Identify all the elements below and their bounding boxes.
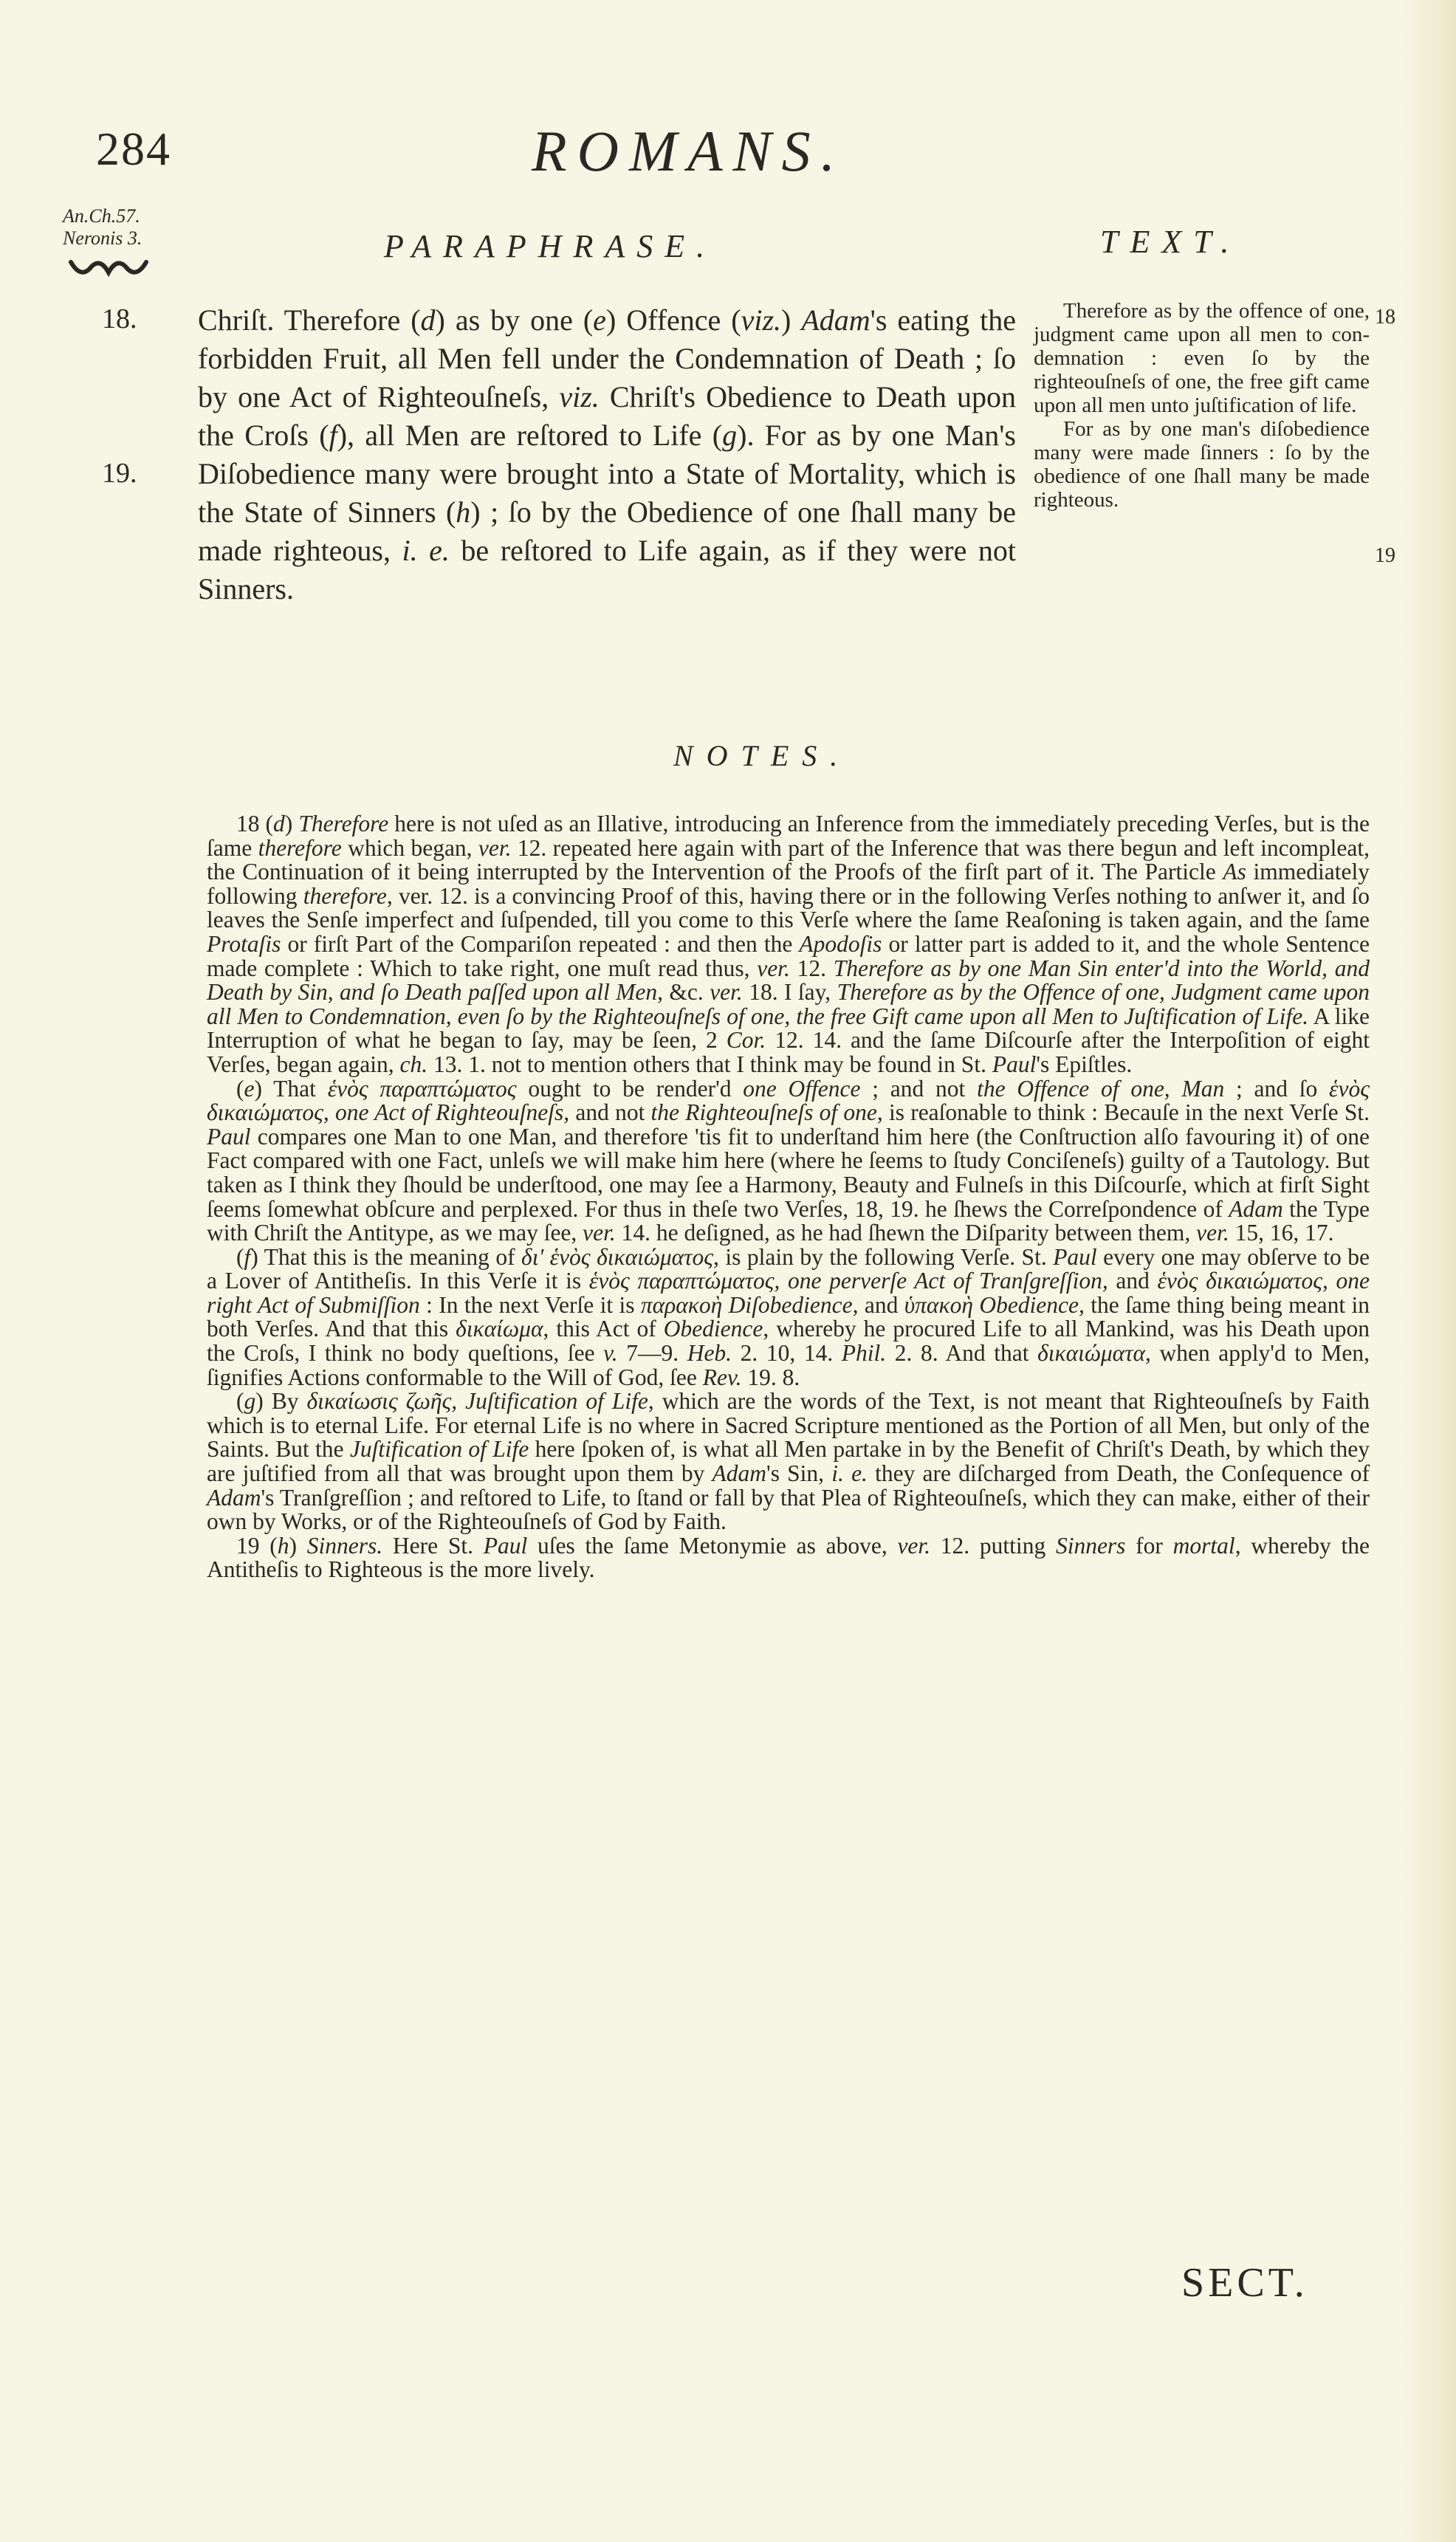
note-text: which began, [342,835,478,861]
note-text: 15, 16, 17. [1229,1220,1334,1246]
note-text: and not [569,1099,650,1125]
note-text: and [858,1292,904,1318]
note-italic: Paul [992,1051,1037,1077]
note-text: 7—9. [618,1340,687,1366]
note-italic: As [1223,859,1246,884]
note-paragraph: (f) That this is the meaning of δι' ἑνὸς… [207,1246,1370,1390]
note-text: ) By [255,1388,306,1414]
notes-body: 18 (d) Therefore here is not uſed as an … [207,812,1370,1582]
paraphrase-heading: PARAPHRASE. [384,227,716,265]
paraphrase-italic: f [329,419,337,452]
note-italic: ch. [400,1051,428,1077]
note-text: ( [236,1388,244,1414]
note-paragraph: 19 (h) Sinners. Here St. Paul uſes the ſ… [207,1534,1370,1582]
note-italic: ver. [710,979,743,1005]
note-paragraph: (g) By δικαίωσις ζωῆς, Juſtification of … [207,1389,1370,1534]
note-text: ) [285,811,299,837]
note-text: &c. [663,979,710,1005]
note-italic: v. [603,1340,618,1366]
note-text: compares one Man to one Man, and therefo… [207,1124,1370,1222]
scripture-text-column: Therefore as by the of­fence of one, jud… [1034,299,1370,512]
note-paragraph: (e) That ἑνὸς παραπτώματος ought to be r… [207,1077,1370,1246]
note-text: ) That [254,1076,327,1102]
paraphrase-text: ) Offence ( [606,303,741,337]
paraphrase-text: ) [781,303,801,337]
note-text: 13. 1. not to mention others that I thin… [427,1051,992,1077]
note-italic: d [273,811,285,837]
note-italic: Paul [207,1124,251,1150]
note-italic: ὑπακοὴ Obedience, [904,1292,1085,1318]
paraphrase-italic: g [722,419,737,452]
paraphrase-italic: Adam [801,303,870,337]
paraphrase-text: ) as by one ( [436,303,594,337]
paraphrase-text: Chriſt. Therefore ( [198,303,421,337]
paraphrase-italic: viz. [741,303,781,337]
note-italic: δικαιώματα [1037,1340,1145,1366]
note-italic: δι' ἑνὸς δικαιώματος [521,1244,713,1270]
note-italic: therefore [258,835,342,861]
note-italic: παρακοὴ Diſobedience, [641,1292,859,1318]
notes-heading: NOTES. [673,738,851,773]
note-text: 12. putting [930,1533,1056,1559]
paraphrase-verse-number: 18. [102,303,137,335]
note-italic: h [278,1533,289,1559]
note-italic: Juſti­fication of Life [350,1436,529,1462]
note-text: ( [236,1244,244,1270]
note-text: ; and not [860,1076,977,1102]
note-text: they are diſcharged from Death, the Conſ… [868,1460,1370,1486]
wave-ornament-icon [68,255,149,281]
note-italic: Therefore [298,811,388,837]
note-text: 19. 8. [742,1364,800,1390]
note-italic: Adam [712,1460,767,1486]
page-edge-shadow [1404,0,1456,2542]
note-italic: one Offence [743,1076,860,1102]
paraphrase-italic: i. e. [402,534,450,567]
page-number: 284 [96,122,171,176]
paraphrase-italic: viz. [559,380,599,413]
note-text: 19 ( [236,1533,278,1559]
text-verse-number: 19 [1375,544,1395,568]
margin-date-reign: Neronis 3. [63,227,142,250]
note-italic: g [244,1388,256,1414]
text-verse-number: 18 [1375,306,1395,329]
note-text: 18 ( [236,811,273,837]
note-italic: Sin­ners [1056,1533,1126,1559]
note-italic: δικαίωσις ζωῆς, Juſtification of Life [307,1388,648,1414]
note-text: 2. 8. And that [886,1340,1037,1366]
note-text: 's Sin, [766,1460,831,1486]
note-italic: therefore [303,883,387,909]
note-italic: Obedience [664,1316,763,1342]
note-italic: ἑνὸς παραπτώματος, one perverſe Act of T… [589,1268,1108,1294]
paraphrase-italic: e [593,303,606,337]
note-text: 2. 10, 14. [732,1340,842,1366]
note-text: ought to be render'd [517,1076,744,1102]
note-text: 12. [790,955,834,981]
margin-date-year: An.Ch.57. [63,205,142,227]
note-text: and [1108,1268,1158,1294]
paraphrase-italic: h [456,495,470,529]
note-text: ( [236,1076,244,1102]
note-italic: Heb. [687,1340,732,1366]
note-italic: Adam [1229,1196,1283,1222]
note-text: , this Act of [543,1316,663,1342]
note-italic: the Offence of one, Man [977,1076,1224,1102]
note-italic: Paul [1053,1244,1097,1270]
note-italic: ver. [757,955,790,981]
note-italic: Protaſis [207,931,281,957]
note-text: ) [289,1533,307,1559]
note-text: Here St. [382,1533,484,1559]
paraphrase-verse-number: 19. [102,457,137,489]
note-paragraph: 18 (d) Therefore here is not uſed as an … [207,812,1370,1077]
text-heading: TEXT. [1100,223,1240,261]
note-italic: e [244,1076,255,1102]
note-italic: ver. [583,1220,616,1246]
note-text: 's Epiſtles. [1036,1051,1132,1077]
note-italic: f [244,1244,251,1270]
note-text: 14. he deſigned, as he had ſhewn the Diſ… [616,1220,1196,1246]
note-text: : In the next Verſe it is [420,1292,641,1318]
running-title: ROMANS. [532,118,845,185]
note-text: , is plain by the following Verſe. St. [713,1244,1053,1270]
note-text: is reaſonable to think : Becauſe in the … [883,1099,1370,1125]
note-italic: ἑνὸς παραπτώματος [328,1076,517,1102]
note-italic: ver. [1196,1220,1229,1246]
paraphrase-italic: d [421,303,436,337]
note-italic: ver. [478,835,512,861]
note-italic: Rev. [703,1364,742,1390]
note-italic: Sinners. [307,1533,382,1559]
note-italic: δικαίωμα [456,1316,543,1342]
scripture-verse: For as by one man's diſ­obedience many w… [1034,417,1370,512]
note-italic: Phil. [842,1340,886,1366]
margin-date: An.Ch.57. Neronis 3. [63,205,142,250]
note-text: 's Tranſgreſſion ; and reſtored to Life,… [207,1485,1370,1535]
note-italic: ver. [897,1533,930,1559]
note-italic: Cor. [727,1027,766,1053]
note-text: or firſt Part of the Compariſon repeated… [281,931,799,957]
scripture-verse: Therefore as by the of­fence of one, jud… [1034,299,1370,417]
paraphrase-text: ), all Men are reſtored to Life ( [337,419,722,452]
note-italic: Apodoſis [799,931,882,957]
note-italic: i. e. [831,1460,868,1486]
note-italic: Adam [207,1485,261,1511]
note-text: uſes the ſame Metonymie as above, [527,1533,897,1559]
note-text: ) That this is the meaning of [250,1244,521,1270]
catchword: SECT. [1181,2259,1308,2306]
note-text: ; and ſo [1224,1076,1329,1102]
note-italic: Paul [484,1533,528,1559]
paraphrase-body: Chriſt. Therefore (d) as by one (e) Offe… [198,301,1016,608]
note-italic: the Righteouſneſs of one, [651,1099,883,1125]
note-italic: mortal [1173,1533,1235,1559]
note-text: for [1125,1533,1172,1559]
note-text: 18. I ſay, [743,979,837,1005]
